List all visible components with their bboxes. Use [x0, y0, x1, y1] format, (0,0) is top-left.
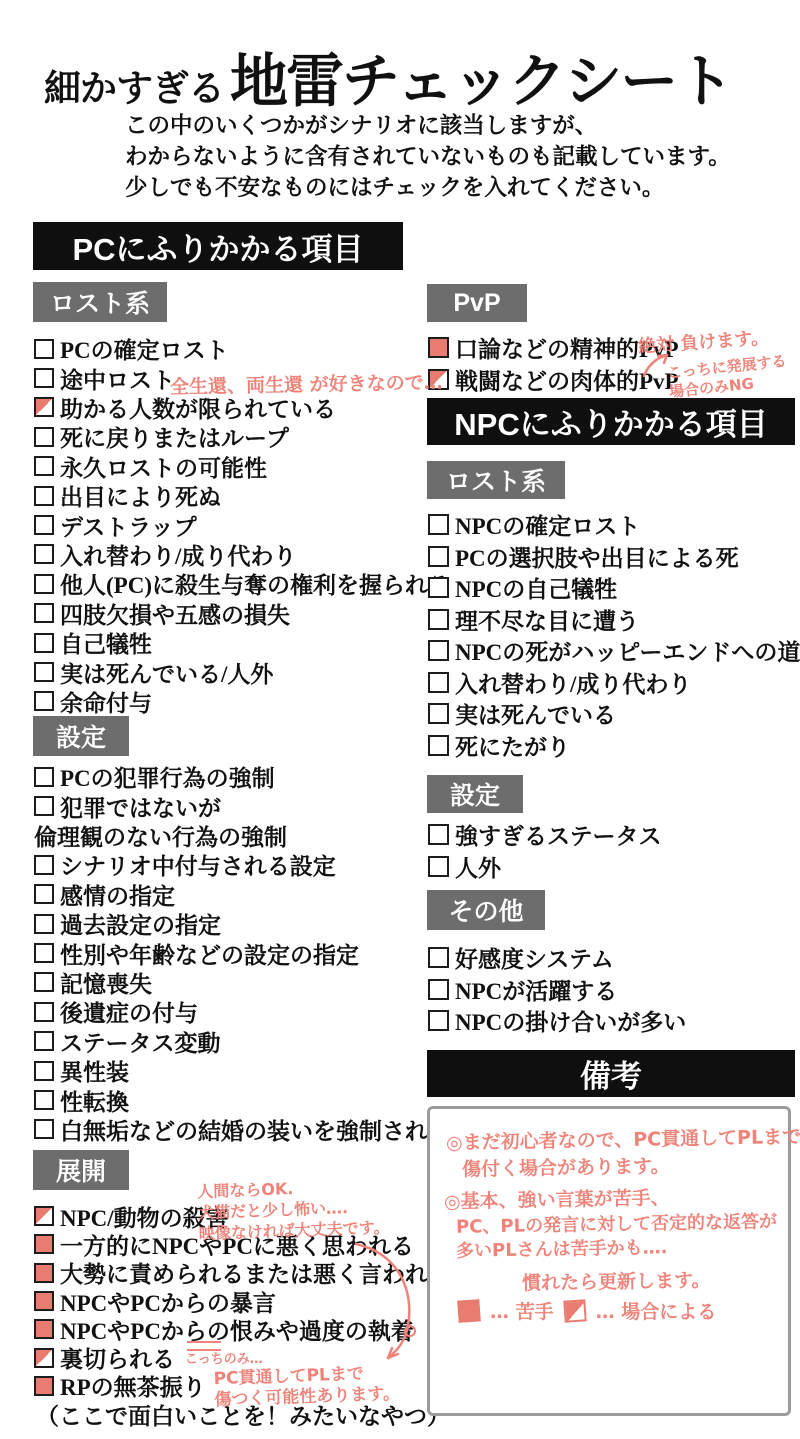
checkbox[interactable] — [34, 574, 54, 594]
checklist-item: NPCが活躍する — [428, 974, 686, 1006]
checkbox[interactable] — [428, 979, 449, 1000]
checkbox[interactable] — [34, 1319, 54, 1339]
checklist-item-label: 倫理観のない行為の強制 — [34, 819, 287, 852]
page-title-prefix: 細かすぎる — [44, 58, 224, 112]
annotation-hatten: こっちに発展する 場合のみNG — [666, 352, 789, 402]
checkbox[interactable] — [34, 796, 54, 816]
checklist-item-label: PCの確定ロスト — [60, 332, 229, 365]
note-line: 多いPLさんは苦手かも…. — [456, 1233, 668, 1263]
checkbox[interactable] — [34, 662, 54, 682]
checklist-item-label: 死にたがり — [455, 729, 570, 762]
checklist-item: 四肢欠損や五感の損失 — [34, 599, 451, 628]
npc-lost-banner: ロスト系 — [427, 461, 565, 499]
note-line: 慣れたら更新します。 — [522, 1265, 711, 1295]
checklist-item-label: デストラップ — [60, 509, 197, 542]
checkbox[interactable] — [34, 1090, 54, 1110]
checklist-item-label: 実は死んでいる/人外 — [60, 656, 273, 689]
checklist-item: PCの確定ロスト — [34, 334, 451, 363]
notes-box: ◎まだ初心者なので、PC貫通してPLまで 傷付く場合があります。 ◎基本、強い言… — [427, 1106, 791, 1416]
checklist-item-label: 入れ替わり/成り代わり — [60, 538, 296, 571]
pc-development-banner: 展開 — [33, 1150, 129, 1190]
checklist-item: デストラップ — [34, 510, 451, 539]
checklist-item: 理不尽な目に遭う — [428, 604, 800, 636]
checklist-item-label: 感情の指定 — [60, 878, 175, 911]
checkbox[interactable] — [34, 855, 54, 875]
checklist-item: 犯罪ではないが — [34, 791, 451, 820]
npc-settings-list: 強すぎるステータス 人外 — [428, 819, 662, 882]
note-line: ◎まだ初心者なので、PC貫通してPLまで — [446, 1122, 800, 1155]
development-note-arrow — [348, 1238, 426, 1376]
checklist-item-label: 人外 — [455, 850, 501, 883]
checkbox[interactable] — [428, 703, 449, 724]
full-check-icon — [457, 1299, 480, 1322]
checklist-item-label: ステータス変動 — [60, 1025, 221, 1058]
checklist-item-label: NPCの確定ロスト — [455, 508, 640, 541]
checklist-item: 出目により死ぬ — [34, 481, 451, 510]
checkbox[interactable] — [34, 339, 54, 359]
checklist-item-label: 入れ替わり/成り代わり — [455, 666, 691, 699]
checklist-item-label: 後遺症の付与 — [60, 995, 198, 1028]
checklist-item: 性転換 — [34, 1085, 451, 1114]
checkbox[interactable] — [34, 368, 54, 388]
checklist-item-label: 自己犠牲 — [60, 626, 152, 659]
checklist-item-label: 理不尽な目に遭う — [455, 603, 639, 636]
checkbox[interactable] — [34, 1002, 54, 1022]
checkbox[interactable] — [428, 514, 449, 535]
checklist-item-label: 過去設定の指定 — [60, 907, 221, 940]
checklist-item-label: 死に戻りまたはループ — [60, 420, 289, 453]
checklist-item: 強すぎるステータス — [428, 819, 662, 851]
pc-section-header: PCにふりかかる項目 — [33, 222, 403, 270]
pc-lost-banner: ロスト系 — [33, 282, 167, 322]
checkbox[interactable] — [428, 546, 449, 567]
checkbox[interactable] — [34, 633, 54, 653]
pvp-note-arrow — [640, 350, 674, 380]
checkbox[interactable] — [428, 577, 449, 598]
checklist-item: 人外 — [428, 851, 662, 883]
checklist-item-label: 性別や年齢などの設定の指定 — [60, 937, 359, 970]
intro-line: 少しでも不安なものにはチェックを入れてください。 — [125, 172, 731, 203]
checklist-item: 自己犠牲 — [34, 628, 451, 657]
checklist-item-label: NPCの自己犠牲 — [455, 571, 617, 604]
checklist-item: 入れ替わり/成り代わり — [428, 667, 800, 699]
checklist-item-label: NPCが活躍する — [455, 973, 617, 1006]
checklist-item-label: 異性装 — [60, 1054, 129, 1087]
checkbox[interactable] — [34, 972, 54, 992]
checkbox[interactable] — [34, 603, 54, 623]
checkbox[interactable] — [34, 691, 54, 711]
pc-settings-list: PCの犯罪行為の強制 犯罪ではないが 倫理観のない行為の強制 シナリオ中付与され… — [34, 762, 451, 1144]
npc-other-banner: その他 — [427, 890, 545, 930]
checkbox[interactable] — [34, 456, 54, 476]
checklist-item-label: 白無垢などの結婚の装いを強制される — [60, 1113, 451, 1146]
checkbox[interactable] — [34, 1234, 54, 1254]
checkbox[interactable] — [428, 947, 449, 968]
legend-half-label: … 場合による — [596, 1297, 717, 1324]
checkbox[interactable] — [34, 1061, 54, 1081]
checkbox[interactable] — [34, 1119, 54, 1139]
checkbox[interactable] — [428, 640, 449, 661]
checklist-item: 過去設定の指定 — [34, 909, 451, 938]
checklist-item-label: 途中ロスト — [60, 362, 175, 395]
checklist-item: PCの選択肢や出目による死 — [428, 541, 800, 573]
checkbox[interactable] — [34, 943, 54, 963]
checkbox[interactable] — [34, 1348, 54, 1368]
checkbox[interactable] — [34, 914, 54, 934]
checklist-item-label: NPCの掛け合いが多い — [455, 1004, 686, 1037]
checkbox[interactable] — [34, 515, 54, 535]
checkbox[interactable] — [34, 486, 54, 506]
checkbox[interactable] — [428, 1010, 449, 1031]
checklist-item: 白無垢などの結婚の装いを強制される — [34, 1115, 451, 1144]
checklist-item-label: 犯罪ではないが — [60, 790, 221, 823]
checkbox[interactable] — [428, 856, 449, 877]
checkbox[interactable] — [34, 427, 54, 447]
checklist-item-label: 余命付与 — [60, 685, 152, 718]
checkbox[interactable] — [34, 1291, 54, 1311]
checkbox[interactable] — [428, 672, 449, 693]
intro-line: わからないように含有されていないものも記載しています。 — [125, 141, 731, 172]
checklist-item-label: 実は死んでいる — [455, 697, 616, 730]
checklist-item-label: 好感度システム — [455, 941, 614, 974]
checklist-item: 入れ替わり/成り代わり — [34, 540, 451, 569]
checklist-item: 後遺症の付与 — [34, 997, 451, 1026]
checkbox[interactable] — [34, 544, 54, 564]
checklist-item-label: PCの選択肢や出目による死 — [455, 540, 739, 573]
checkbox[interactable] — [34, 767, 54, 787]
pvp-banner: PvP — [427, 284, 527, 322]
checklist-item: 感情の指定 — [34, 880, 451, 909]
checklist-item: 死にたがり — [428, 730, 800, 762]
checklist-item-label: シナリオ中付与される設定 — [60, 848, 336, 881]
checklist-item-label: 強すぎるステータス — [455, 818, 662, 851]
checklist-item-label: 四肢欠損や五感の損失 — [60, 597, 290, 630]
annotation-kochi: こっちのみ… — [185, 1348, 263, 1367]
npc-settings-banner: 設定 — [427, 775, 523, 813]
checklist-item-label: 他人(PC)に殺生与奪の権利を握られる — [60, 567, 451, 600]
checklist-item: 記憶喪失 — [34, 968, 451, 997]
checklist-item: 他人(PC)に殺生与奪の権利を握られる — [34, 569, 451, 598]
checkbox[interactable] — [34, 397, 54, 417]
checklist-item-continuation: 倫理観のない行為の強制 — [34, 821, 451, 850]
checklist-item-label: NPCの死がハッピーエンドへの道 — [455, 634, 800, 667]
checklist-item: PCの犯罪行為の強制 — [34, 762, 451, 791]
note-line: 傷付く場合があります。 — [462, 1151, 670, 1182]
checkbox[interactable] — [428, 337, 449, 358]
checkbox[interactable] — [34, 884, 54, 904]
checkbox[interactable] — [34, 1263, 54, 1283]
pc-settings-banner: 設定 — [33, 716, 129, 756]
checklist-item: 性別や年齢などの設定の指定 — [34, 938, 451, 967]
checklist-item: ステータス変動 — [34, 1027, 451, 1056]
npc-other-list: 好感度システム NPCが活躍する NPCの掛け合いが多い — [428, 942, 686, 1037]
checklist-item-label: 永久ロストの可能性 — [60, 450, 267, 483]
checkbox[interactable] — [34, 1206, 54, 1226]
trigger-check-sheet: 細かすぎる 地雷チェックシート この中のいくつかがシナリオに該当しますが、 わか… — [0, 0, 800, 1439]
checkbox[interactable] — [428, 609, 449, 630]
legend: … 苦手 … 場合による — [458, 1297, 716, 1324]
checklist-item: 死に戻りまたはループ — [34, 422, 451, 451]
checklist-item: 実は死んでいる/人外 — [34, 657, 451, 686]
page-title-main: 地雷チェックシート — [230, 34, 732, 118]
legend-full-label: … 苦手 — [490, 1297, 554, 1324]
checklist-item-label: 性転換 — [60, 1084, 129, 1117]
checklist-item: シナリオ中付与される設定 — [34, 850, 451, 879]
checklist-item: 実は死んでいる — [428, 698, 800, 730]
checkbox[interactable] — [428, 735, 449, 756]
checklist-item: NPCの自己犠牲 — [428, 572, 800, 604]
checkbox[interactable] — [34, 1031, 54, 1051]
checklist-item: NPCの死がハッピーエンドへの道 — [428, 635, 800, 667]
checklist-item: 永久ロストの可能性 — [34, 452, 451, 481]
checklist-item-label: 出目により死ぬ — [60, 479, 221, 512]
page-title: 細かすぎる 地雷チェックシート — [44, 34, 732, 118]
notes-banner: 備考 — [427, 1050, 795, 1097]
checklist-item: 異性装 — [34, 1056, 451, 1085]
checklist-item: NPCの確定ロスト — [428, 509, 800, 541]
checklist-item-label: PCの犯罪行為の強制 — [60, 760, 275, 793]
checklist-item: 好感度システム — [428, 942, 686, 974]
checklist-item: NPCの掛け合いが多い — [428, 1005, 686, 1037]
intro-line: この中のいくつかがシナリオに該当しますが、 — [125, 110, 731, 141]
npc-lost-list: NPCの確定ロスト PCの選択肢や出目による死 NPCの自己犠牲 理不尽な目に遭… — [428, 509, 800, 761]
annotation-satsugai: 人間ならOK. 犬猫だと少し怖い…. 映像なければ大丈夫です。 — [197, 1175, 390, 1245]
checklist-item-label: 記憶喪失 — [60, 966, 152, 999]
annotation-zenseikan: 全生還、両生還 が好きなので… — [170, 368, 443, 400]
intro-text: この中のいくつかがシナリオに該当しますが、 わからないように含有されていないもの… — [125, 110, 731, 203]
checkbox[interactable] — [34, 1376, 54, 1396]
half-check-icon — [563, 1299, 586, 1322]
checkbox[interactable] — [428, 824, 449, 845]
checklist-item: 余命付与 — [34, 687, 451, 716]
npc-section-header: NPCにふりかかる項目 — [427, 398, 795, 445]
